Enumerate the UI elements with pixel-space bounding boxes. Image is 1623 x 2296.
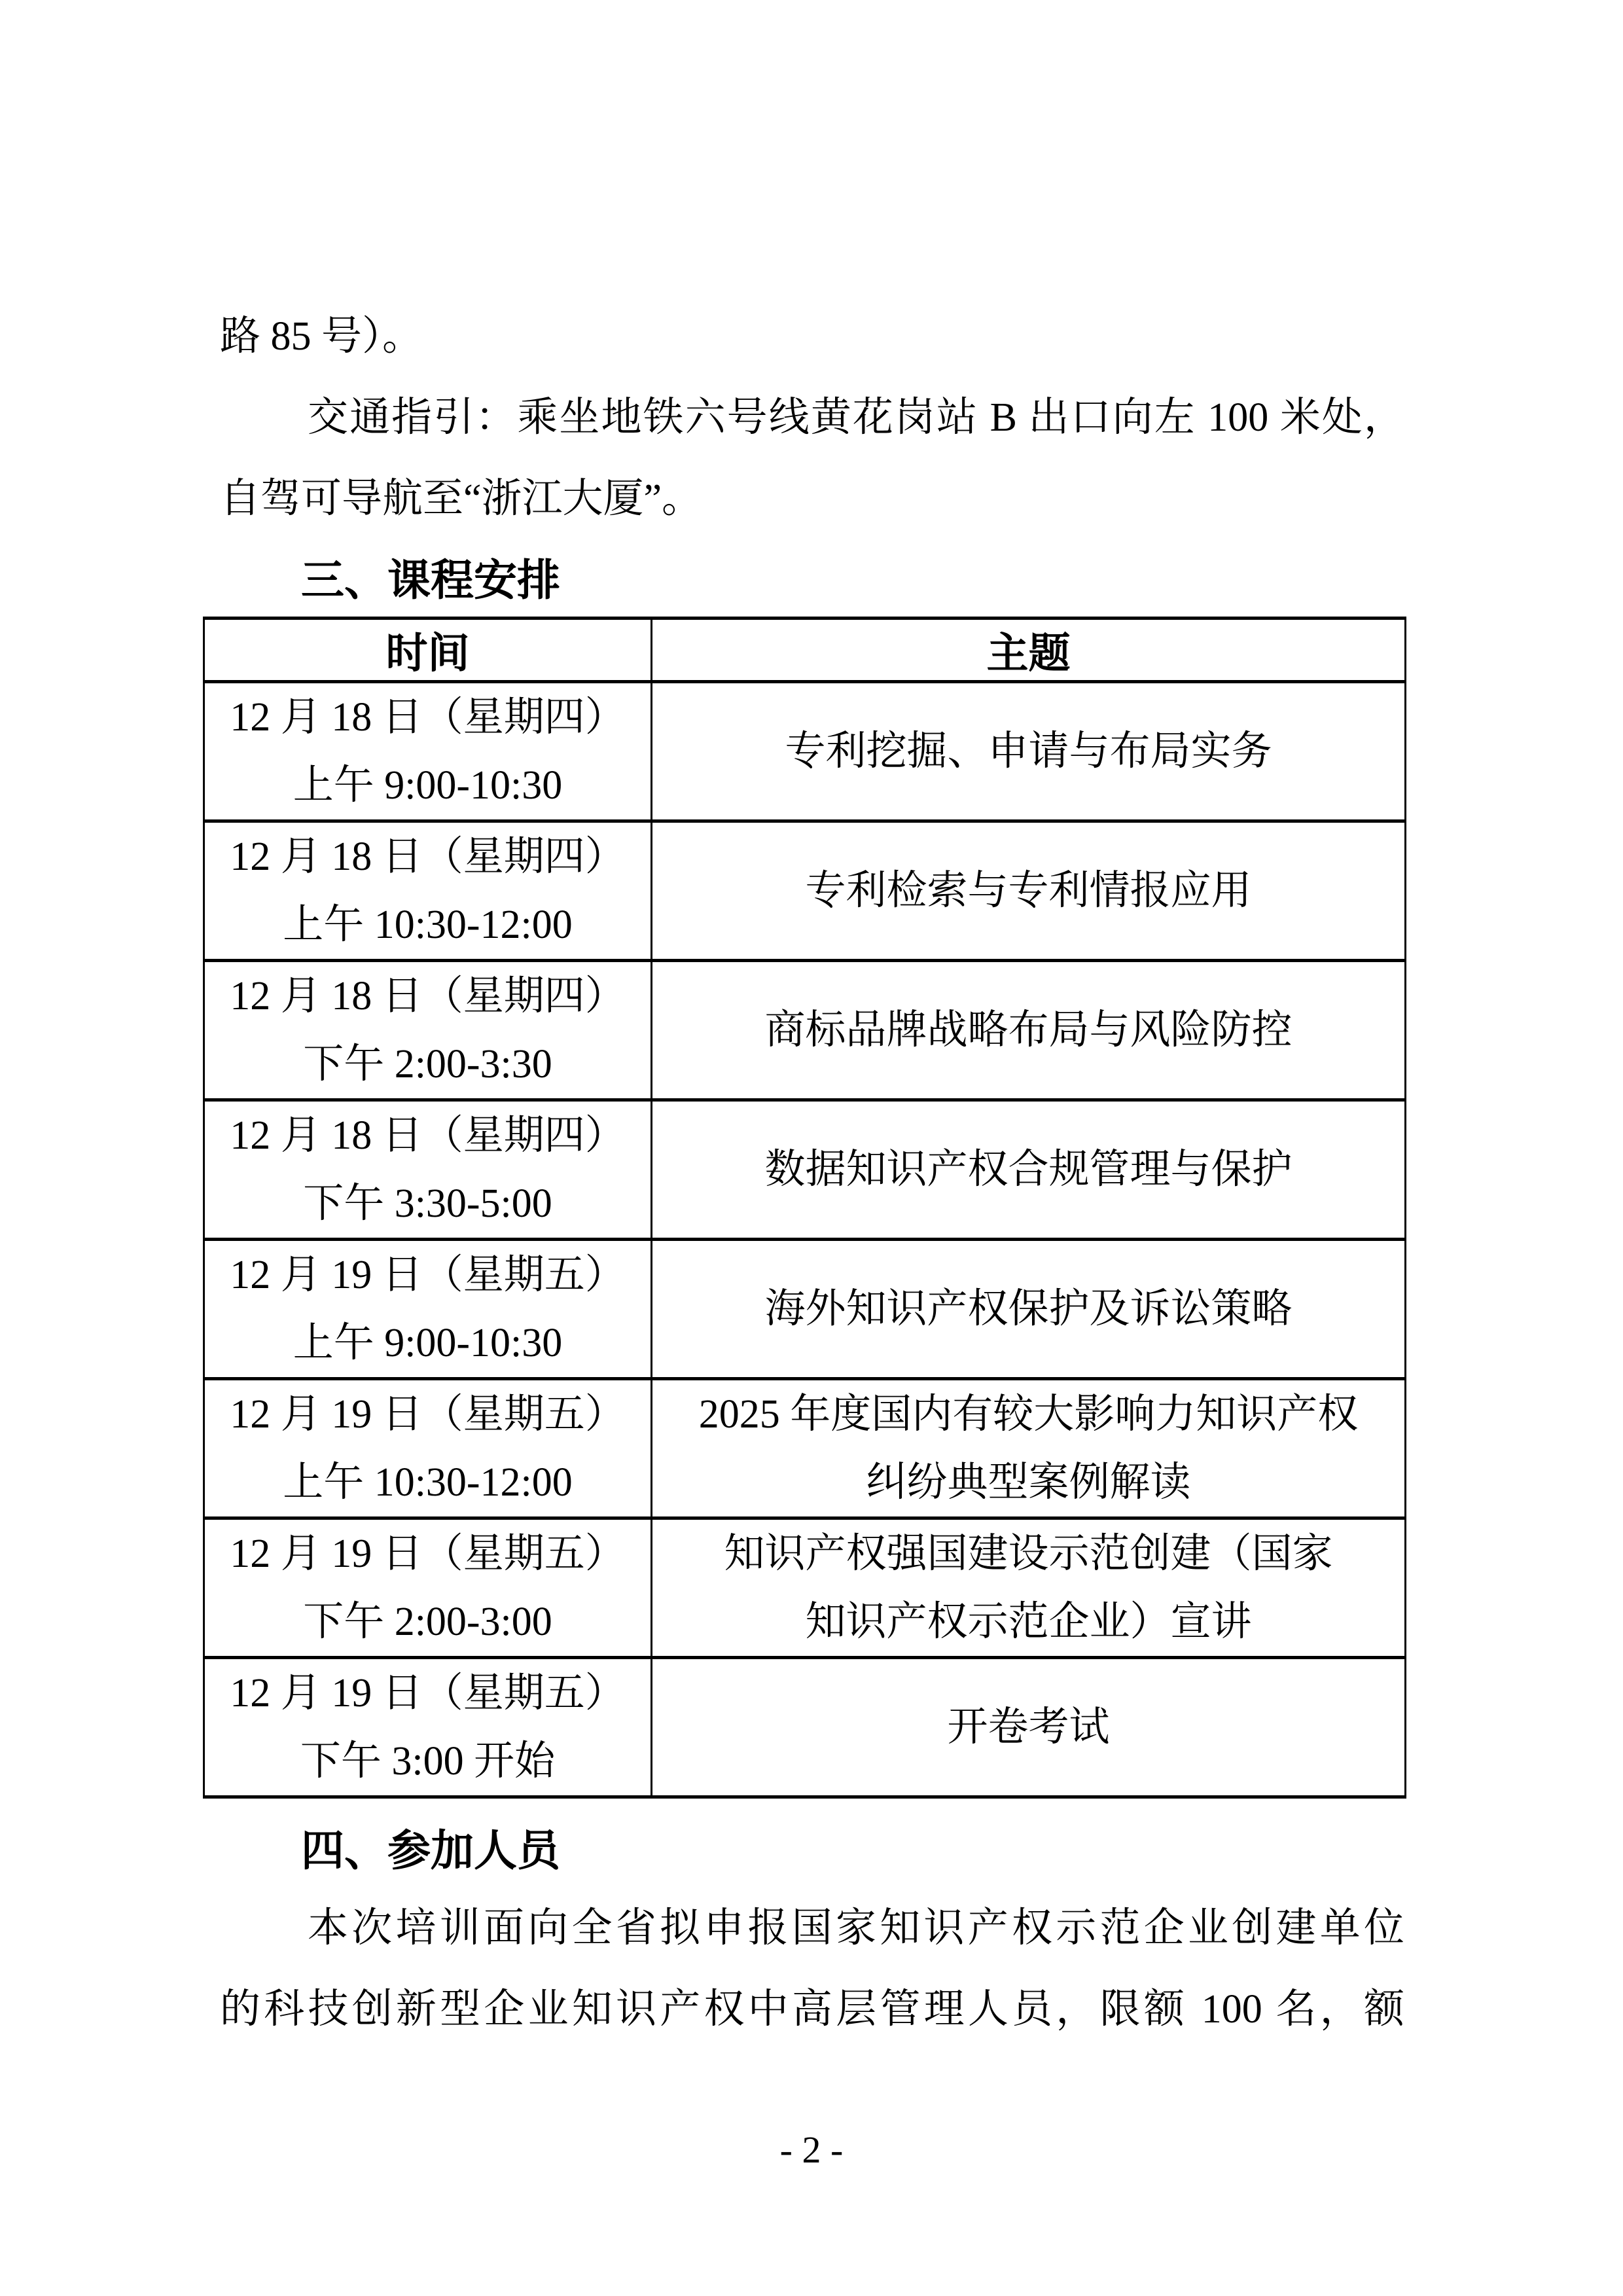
topic-line: 专利挖掘、申请与布局实务 [666, 717, 1391, 785]
time-cell: 12 月 19 日（星期五） 上午 9:00-10:30 [204, 1240, 652, 1379]
course-schedule-table: 时间 主题 12 月 18 日（星期四） 上午 9:00-10:30 专利挖掘、… [203, 617, 1406, 1799]
participants-paragraph: 本次培训面向全省拟申报国家知识产权示范企业创建单位 的科技创新型企业知识产权中高… [203, 1888, 1404, 2050]
intro-line-1: 路 85 号）。 [203, 296, 1404, 377]
topic-cell: 商标品牌战略布局与风险防控 [652, 961, 1406, 1100]
page-number: - 2 - [0, 2128, 1623, 2172]
table-header-row: 时间 主题 [204, 619, 1406, 682]
table-row-7: 12 月 19 日（星期五） 下午 2:00-3:00 知识产权强国建设示范创建… [204, 1518, 1406, 1658]
topic-cell: 专利检索与专利情报应用 [652, 821, 1406, 961]
topic-cell: 海外知识产权保护及诉讼策略 [652, 1240, 1406, 1379]
time-date: 12 月 18 日（星期四） [218, 1102, 637, 1170]
table-row-1: 12 月 18 日（星期四） 上午 9:00-10:30 专利挖掘、申请与布局实… [204, 682, 1406, 821]
time-cell: 12 月 19 日（星期五） 上午 10:30-12:00 [204, 1379, 652, 1518]
time-date: 12 月 18 日（星期四） [218, 823, 637, 891]
time-slot: 上午 10:30-12:00 [218, 891, 637, 959]
course-section-heading: 三、课程安排 [203, 543, 1404, 617]
time-slot: 下午 2:00-3:30 [218, 1030, 637, 1098]
header-cell-time: 时间 [204, 619, 652, 682]
time-slot: 上午 9:00-10:30 [218, 751, 637, 819]
table-row-8: 12 月 19 日（星期五） 下午 3:00 开始 开卷考试 [204, 1658, 1406, 1797]
topic-line: 开卷考试 [666, 1693, 1391, 1761]
header-cell-topic: 主题 [652, 619, 1406, 682]
time-date: 12 月 19 日（星期五） [218, 1241, 637, 1309]
table-row-2: 12 月 18 日（星期四） 上午 10:30-12:00 专利检索与专利情报应… [204, 821, 1406, 961]
topic-cell: 开卷考试 [652, 1658, 1406, 1797]
time-date: 12 月 19 日（星期五） [218, 1380, 637, 1448]
time-slot: 下午 3:00 开始 [218, 1727, 637, 1795]
document-page: 路 85 号）。 交通指引：乘坐地铁六号线黄花岗站 B 出口向左 100 米处，… [0, 0, 1623, 2296]
intro-paragraph: 路 85 号）。 交通指引：乘坐地铁六号线黄花岗站 B 出口向左 100 米处，… [203, 296, 1404, 539]
time-date: 12 月 19 日（星期五） [218, 1520, 637, 1588]
time-cell: 12 月 18 日（星期四） 上午 9:00-10:30 [204, 682, 652, 821]
topic-cell: 2025 年度国内有较大影响力知识产权 纠纷典型案例解读 [652, 1379, 1406, 1518]
time-cell: 12 月 19 日（星期五） 下午 2:00-3:00 [204, 1518, 652, 1658]
topic-line: 专利检索与专利情报应用 [666, 857, 1391, 925]
table-row-6: 12 月 19 日（星期五） 上午 10:30-12:00 2025 年度国内有… [204, 1379, 1406, 1518]
time-slot: 下午 3:30-5:00 [218, 1170, 637, 1238]
participants-line-1: 本次培训面向全省拟申报国家知识产权示范企业创建单位 [203, 1888, 1404, 1969]
topic-line: 知识产权强国建设示范创建（国家 [666, 1520, 1391, 1588]
topic-line: 知识产权示范企业）宣讲 [666, 1588, 1391, 1656]
time-cell: 12 月 18 日（星期四） 上午 10:30-12:00 [204, 821, 652, 961]
participants-section-heading: 四、参加人员 [203, 1813, 1404, 1888]
table-row-4: 12 月 18 日（星期四） 下午 3:30-5:00 数据知识产权合规管理与保… [204, 1100, 1406, 1240]
time-cell: 12 月 19 日（星期五） 下午 3:00 开始 [204, 1658, 652, 1797]
time-date: 12 月 19 日（星期五） [218, 1659, 637, 1727]
time-slot: 上午 9:00-10:30 [218, 1309, 637, 1377]
topic-line: 海外知识产权保护及诉讼策略 [666, 1275, 1391, 1343]
intro-line-3: 自驾可导航至“浙江大厦”。 [203, 458, 1404, 539]
time-date: 12 月 18 日（星期四） [218, 683, 637, 751]
topic-cell: 数据知识产权合规管理与保护 [652, 1100, 1406, 1240]
topic-line: 2025 年度国内有较大影响力知识产权 [666, 1380, 1391, 1448]
time-cell: 12 月 18 日（星期四） 下午 3:30-5:00 [204, 1100, 652, 1240]
time-cell: 12 月 18 日（星期四） 下午 2:00-3:30 [204, 961, 652, 1100]
time-slot: 上午 10:30-12:00 [218, 1448, 637, 1516]
topic-cell: 知识产权强国建设示范创建（国家 知识产权示范企业）宣讲 [652, 1518, 1406, 1658]
time-date: 12 月 18 日（星期四） [218, 962, 637, 1030]
page-content: 路 85 号）。 交通指引：乘坐地铁六号线黄花岗站 B 出口向左 100 米处，… [203, 0, 1404, 2050]
topic-cell: 专利挖掘、申请与布局实务 [652, 682, 1406, 821]
topic-line: 纠纷典型案例解读 [666, 1448, 1391, 1516]
intro-line-2: 交通指引：乘坐地铁六号线黄花岗站 B 出口向左 100 米处， [203, 377, 1404, 458]
topic-line: 商标品牌战略布局与风险防控 [666, 996, 1391, 1064]
participants-line-2: 的科技创新型企业知识产权中高层管理人员，限额 100 名，额 [203, 1969, 1404, 2050]
topic-line: 数据知识产权合规管理与保护 [666, 1136, 1391, 1204]
table-row-5: 12 月 19 日（星期五） 上午 9:00-10:30 海外知识产权保护及诉讼… [204, 1240, 1406, 1379]
table-row-3: 12 月 18 日（星期四） 下午 2:00-3:30 商标品牌战略布局与风险防… [204, 961, 1406, 1100]
time-slot: 下午 2:00-3:00 [218, 1588, 637, 1656]
